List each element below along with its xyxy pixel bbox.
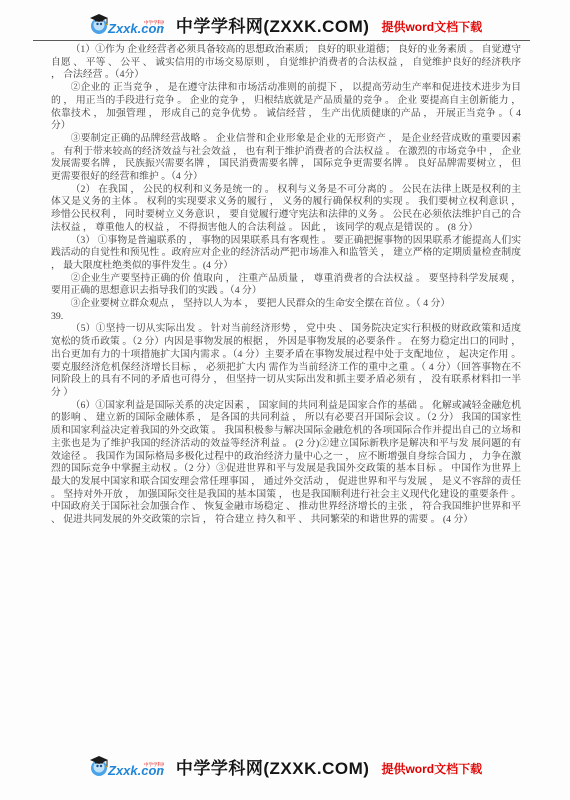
header-divider — [33, 40, 530, 41]
answer-paragraph: ②企业生产要坚持正确的价 值取向 ， 注重产品质量 ， 尊重消费者的合法权益 。… — [51, 273, 521, 298]
question-number: 39. — [51, 311, 521, 324]
page-footer: Zxxk.com 中学学科网 中学学科网(ZXXK.COM) 提供word文档下… — [0, 752, 570, 780]
answer-paragraph: （1）①作为 企业经营者必须具备较高的思想政治素质； 良好的职业道德； 良好的业… — [51, 44, 521, 82]
logo-mini-text: 中学学科网 — [144, 19, 164, 26]
answer-paragraph: ③要制定正确的品牌经营战略 。 企业信誉和企业形象是企业的无形资产 ， 是企业经… — [51, 133, 521, 184]
answer-paragraph: ②企业的 正当竞争 ， 是在遵守法律和市场活动准则的前提下 ， 以提高劳动生产率… — [51, 82, 521, 133]
download-tagline: 提供word文档下载 — [381, 14, 482, 35]
answer-paragraph: （6）①国家利益是国际关系的决定因素 ， 国家间的共同利益是国家合作的基础 。 … — [51, 400, 521, 527]
zxxk-logo-icon: Zxxk.com 中学学科网 — [88, 752, 164, 780]
site-title: 中学学科网(ZXXK.COM) — [176, 754, 370, 779]
page-header: Zxxk.com 中学学科网 中学学科网(ZXXK.COM) 提供word文档下… — [0, 10, 570, 38]
zxxk-logo: Zxxk.com 中学学科网 — [88, 752, 164, 780]
answer-text-block: （1）①作为 企业经营者必须具备较高的思想政治素质； 良好的职业道德； 良好的业… — [51, 44, 521, 527]
zxxk-logo-icon: Zxxk.com 中学学科网 — [88, 10, 164, 38]
answer-paragraph: （3） ①事物是普遍联系的 ， 事物的因果联系具有客观性 。 要正确把握事物的因… — [51, 235, 521, 273]
logo-mini-text: 中学学科网 — [144, 761, 164, 768]
answer-paragraph: （5）①坚持一切从实际出发 。 针对当前经济形势 ， 党中央 、 国务院决定实行… — [51, 323, 521, 399]
scanned-document-page: { "header": { "logo": { "brand": "Zxxk.c… — [0, 0, 570, 800]
answer-paragraph: （2） 在我国 ， 公民的权利和义务是统一的 。 权利与义务是不可分离的 。 公… — [51, 184, 521, 235]
download-tagline: 提供word文档下载 — [381, 756, 482, 777]
site-title: 中学学科网(ZXXK.COM) — [176, 12, 370, 37]
zxxk-logo: Zxxk.com 中学学科网 — [88, 10, 164, 38]
answer-paragraph: ③企业要树立群众观点 ， 坚持以人为本 ， 要把人民群众的生命安全摆在首位 。（… — [51, 298, 521, 311]
